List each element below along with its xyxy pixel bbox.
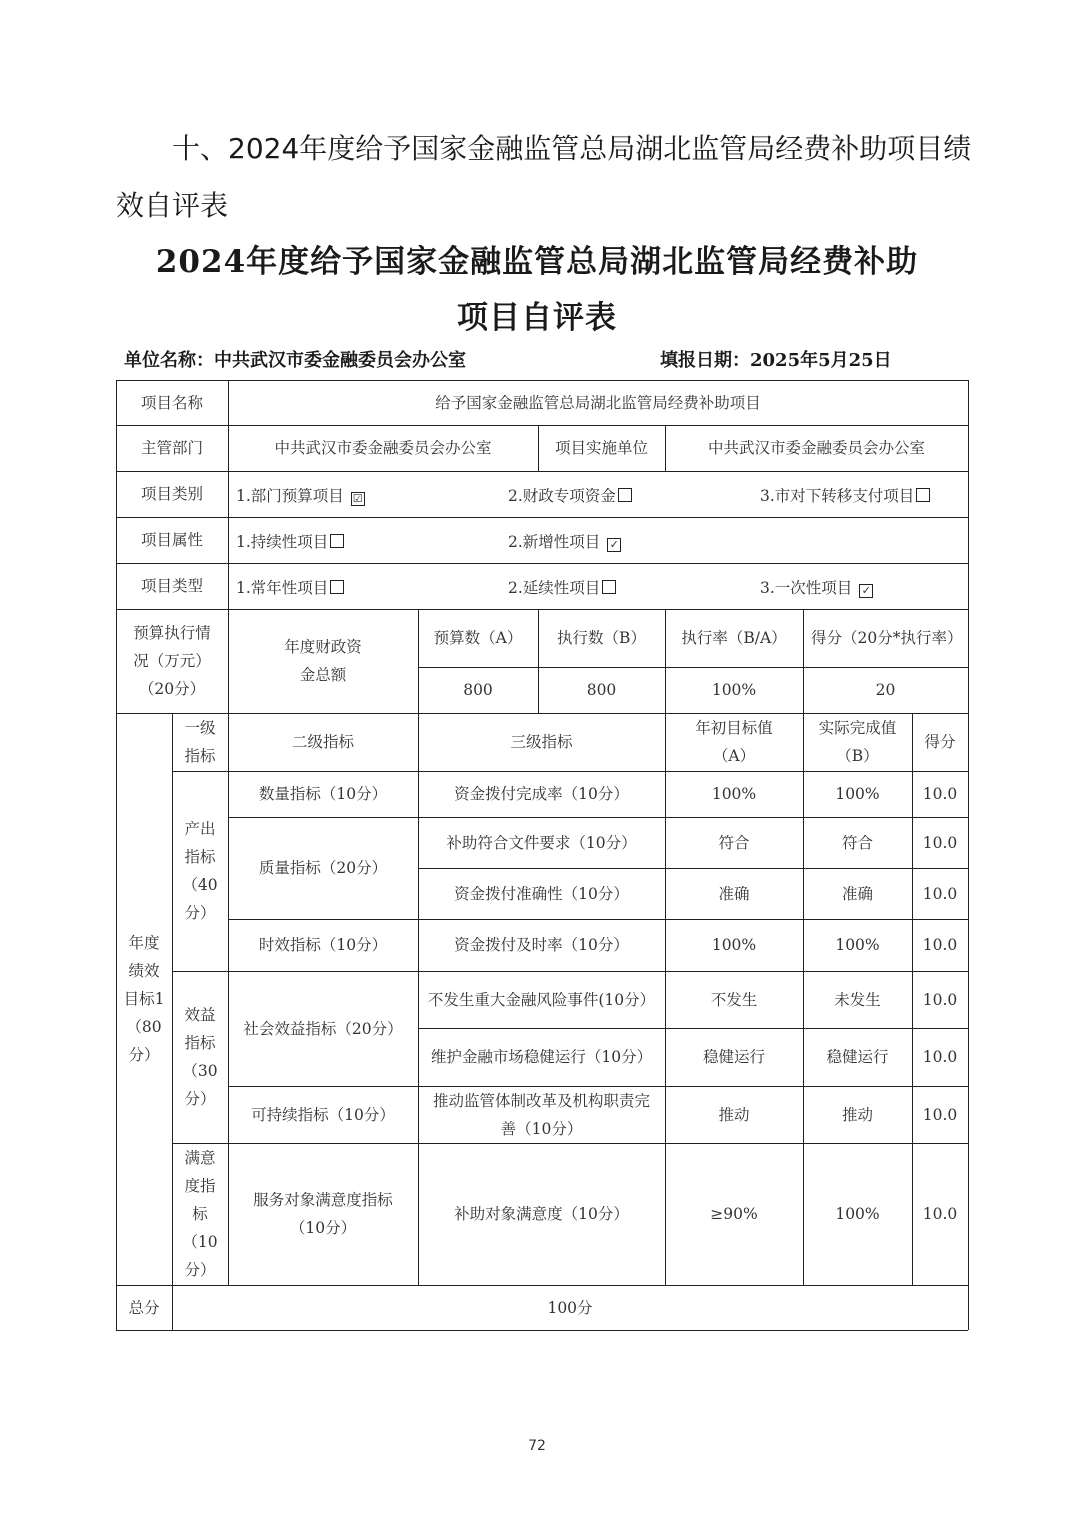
type-option-extended[interactable]: 2.延续性项目: [508, 576, 616, 598]
section-title: 十、2024年度给予国家金融监管总局湖北监管局经费补助项目绩效自评表: [116, 120, 976, 234]
quality-indicator: 质量指标（20分）: [228, 817, 418, 919]
score-value: 10.0: [912, 971, 968, 1028]
executed-amount-header: 执行数（B）: [538, 609, 665, 667]
level2-header: 二级指标: [228, 713, 418, 771]
actual-value: 未发生: [803, 971, 912, 1028]
option-label: 1.常年性项目: [236, 579, 328, 597]
row-divider: [116, 471, 968, 472]
target-value: 稳健运行: [665, 1028, 803, 1086]
annual-fund-total-label: 年度财政资金总额: [228, 609, 418, 713]
actual-value: 100%: [803, 919, 912, 971]
budget-amount-value: 800: [418, 667, 538, 713]
target-value-header: 年初目标值（A）: [665, 713, 803, 771]
performance-goal-label: 年度绩效目标1（80分）: [116, 713, 172, 1285]
attribute-option-new[interactable]: 2.新增性项目 ✓: [508, 530, 621, 552]
score-value: 10.0: [912, 771, 968, 817]
target-value: 准确: [665, 868, 803, 919]
budget-score-value: 20: [803, 667, 968, 713]
target-value: 100%: [665, 919, 803, 971]
timeliness-indicator: 时效指标（10分）: [228, 919, 418, 971]
attribute-option-continuing[interactable]: 1.持续性项目: [236, 530, 344, 552]
output-indicator-label: 产出指标（40分）: [172, 771, 228, 971]
score-value: 10.0: [912, 1028, 968, 1086]
budget-amount-header: 预算数（A）: [418, 609, 538, 667]
unit-name: 单位名称：中共武汉市委金融委员会办公室: [124, 346, 466, 372]
sustainability-indicator: 可持续指标（10分）: [228, 1086, 418, 1143]
actual-value-header: 实际完成值（B）: [803, 713, 912, 771]
total-score-label: 总分: [116, 1285, 172, 1330]
checkbox-unchecked-icon[interactable]: [330, 534, 344, 548]
table-border: [116, 1330, 968, 1331]
dept-value: 中共武汉市委金融委员会办公室: [228, 425, 538, 471]
form-title-line1: 2024年度给予国家金融监管总局湖北监管局经费补助: [0, 236, 1074, 281]
impl-unit-value: 中共武汉市委金融委员会办公室: [665, 425, 968, 471]
level3-indicator: 资金拨付完成率（10分）: [418, 771, 665, 817]
option-label: 1.部门预算项目: [236, 487, 344, 505]
row-divider: [116, 563, 968, 564]
level3-indicator: 补助符合文件要求（10分）: [418, 817, 665, 868]
project-name-label: 项目名称: [116, 380, 228, 425]
score-value: 10.0: [912, 868, 968, 919]
category-option-dept-budget[interactable]: 1.部门预算项目 ☑: [236, 484, 365, 506]
option-label: 2.延续性项目: [508, 579, 600, 597]
option-label: 3.一次性项目: [760, 579, 852, 597]
attribute-label: 项目属性: [116, 517, 228, 563]
actual-value: 推动: [803, 1086, 912, 1143]
execution-rate-header: 执行率（B/A）: [665, 609, 803, 667]
satisfaction-indicator-label: 满意度指标（10分）: [172, 1143, 228, 1285]
checkbox-unchecked-icon[interactable]: [602, 580, 616, 594]
level3-header: 三级指标: [418, 713, 665, 771]
score-value: 10.0: [912, 1086, 968, 1143]
checkbox-checked-icon[interactable]: ☑: [351, 492, 365, 506]
level3-indicator: 补助对象满意度（10分）: [418, 1143, 665, 1285]
level3-indicator: 推动监管体制改革及机构职责完善（10分）: [418, 1086, 665, 1143]
actual-value: 100%: [803, 771, 912, 817]
score-header: 得分: [912, 713, 968, 771]
level3-indicator: 维护金融市场稳健运行（10分）: [418, 1028, 665, 1086]
execution-rate-value: 100%: [665, 667, 803, 713]
social-benefit-indicator: 社会效益指标（20分）: [228, 971, 418, 1086]
option-label: 1.持续性项目: [236, 533, 328, 551]
total-score-value: 100分: [172, 1285, 968, 1330]
target-value: 100%: [665, 771, 803, 817]
impl-unit-label: 项目实施单位: [538, 425, 665, 471]
row-divider: [116, 517, 968, 518]
checkbox-checked-icon[interactable]: ✓: [859, 584, 873, 598]
checkbox-unchecked-icon[interactable]: [916, 488, 930, 502]
level1-header: 一级指标: [172, 713, 228, 771]
dept-label: 主管部门: [116, 425, 228, 471]
page-number: 72: [0, 1438, 1074, 1454]
type-label: 项目类型: [116, 563, 228, 609]
score-value: 10.0: [912, 1143, 968, 1285]
table-border: [968, 380, 969, 1330]
option-label: 2.新增性项目: [508, 533, 600, 551]
budget-execution-label: 预算执行情况（万元）（20分）: [116, 609, 228, 713]
level3-indicator: 资金拨付及时率（10分）: [418, 919, 665, 971]
fill-date: 填报日期：2025年5月25日: [660, 346, 892, 372]
executed-amount-value: 800: [538, 667, 665, 713]
checkbox-checked-icon[interactable]: ✓: [607, 538, 621, 552]
actual-value: 符合: [803, 817, 912, 868]
target-value: 推动: [665, 1086, 803, 1143]
option-label: 2.财政专项资金: [508, 487, 616, 505]
target-value: ≥90%: [665, 1143, 803, 1285]
target-value: 符合: [665, 817, 803, 868]
checkbox-unchecked-icon[interactable]: [618, 488, 632, 502]
form-title-line2: 项目自评表: [0, 292, 1074, 337]
actual-value: 准确: [803, 868, 912, 919]
level3-indicator: 不发生重大金融风险事件(10分）: [418, 971, 665, 1028]
category-label: 项目类别: [116, 471, 228, 517]
actual-value: 稳健运行: [803, 1028, 912, 1086]
score-value: 10.0: [912, 817, 968, 868]
target-value: 不发生: [665, 971, 803, 1028]
service-satisfaction-indicator: 服务对象满意度指标（10分）: [228, 1143, 418, 1285]
category-option-transfer-payment[interactable]: 3.市对下转移支付项目: [760, 484, 930, 506]
benefit-indicator-label: 效益指标（30分）: [172, 971, 228, 1143]
project-name-value: 给予国家金融监管总局湖北监管局经费补助项目: [228, 380, 968, 425]
type-option-annual[interactable]: 1.常年性项目: [236, 576, 344, 598]
actual-value: 100%: [803, 1143, 912, 1285]
level3-indicator: 资金拨付准确性（10分）: [418, 868, 665, 919]
checkbox-unchecked-icon[interactable]: [330, 580, 344, 594]
option-label: 3.市对下转移支付项目: [760, 487, 914, 505]
score-value: 10.0: [912, 919, 968, 971]
budget-score-header: 得分（20分*执行率）: [803, 609, 968, 667]
quantity-indicator: 数量指标（10分）: [228, 771, 418, 817]
category-option-special-fund[interactable]: 2.财政专项资金: [508, 484, 632, 506]
type-option-one-time[interactable]: 3.一次性项目 ✓: [760, 576, 873, 598]
